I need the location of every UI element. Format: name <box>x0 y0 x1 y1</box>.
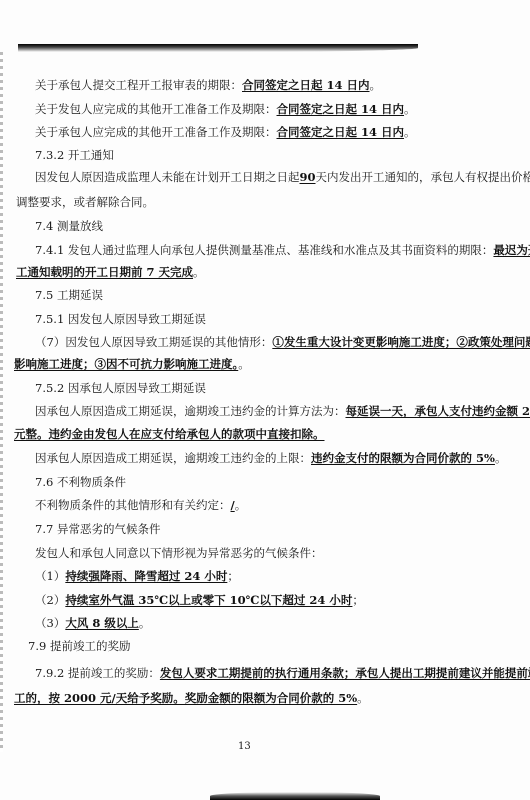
filled-value: 合同签定之日起 14 日内 <box>277 102 405 116</box>
document-page: 关于承包人提交工程开工报审表的期限：合同签定之日起 14 日内。关于发包人应完成… <box>0 0 530 800</box>
document-line: 关于发包人应完成的其他开工准备工作及期限：合同签定之日起 14 日内。 <box>35 101 416 117</box>
line-label: 7.5 工期延误 <box>35 288 103 302</box>
document-line: （1）持续强降雨、降雪超过 24 小时； <box>35 568 239 584</box>
document-line: 工通知载明的开工日期前 7 天完成。 <box>16 264 205 280</box>
filled-value: 大风 8 级以上 <box>65 616 139 630</box>
line-end: 。 <box>139 616 151 630</box>
line-label: 7.5.2 因承包人原因导致工期延误 <box>35 381 206 395</box>
document-line: 7.4 测量放线 <box>35 218 103 234</box>
line-end: 。 <box>357 691 369 705</box>
filled-value: 每延误一天，承包人支付违约金额 2000 <box>346 404 530 418</box>
line-label: 7.3.2 开工通知 <box>35 148 114 162</box>
line-end: ； <box>227 569 239 583</box>
line-label: 关于发包人应完成的其他开工准备工作及期限： <box>35 102 277 116</box>
document-line: 不利物质条件的其他情形和有关约定：/。 <box>35 497 246 513</box>
line-label: 调整要求，或者解除合同。 <box>16 195 154 209</box>
line-label: 关于承包人提交工程开工报审表的期限： <box>35 78 242 92</box>
line-end: 。 <box>235 498 247 512</box>
line-label: 7.7 异常恶劣的气候条件 <box>35 522 160 536</box>
filled-value: 元整。违约金由发包人在应支付给承包人的款项中直接扣除。 <box>14 427 325 441</box>
document-line: 关于承包人应完成的其他开工准备工作及期限：合同签定之日起 14 日内。 <box>35 124 416 140</box>
line-end: 。 <box>193 265 205 279</box>
document-line: 7.4.1 发包人通过监理人向承包人提供测量基准点、基准线和水准点及其书面资料的… <box>35 242 530 258</box>
document-line: 因发包人原因造成监理人未能在计划开工日期之日起90天内发出开工通知的，承包人有权… <box>35 169 530 185</box>
line-label: 因承包人原因造成工期延误，逾期竣工违约金的上限： <box>35 451 311 465</box>
filled-value: 合同签定之日起 14 日内 <box>277 125 405 139</box>
document-line: 7.5 工期延误 <box>35 287 103 303</box>
line-label: 7.9 提前竣工的奖励 <box>28 639 130 653</box>
document-line: （2）持续室外气温 35℃以上或零下 10℃以下超过 24 小时； <box>35 592 364 608</box>
filled-value: 最迟为开 <box>493 243 530 257</box>
scan-shadow-top <box>18 44 418 52</box>
document-line: （3）大风 8 级以上。 <box>35 615 150 631</box>
line-label: 发包人和承包人同意以下情形视为异常恶劣的气候条件： <box>35 546 323 560</box>
document-line: 7.6 不利物质条件 <box>35 474 126 490</box>
document-line: 7.7 异常恶劣的气候条件 <box>35 521 160 537</box>
line-label: 因发包人原因造成监理人未能在计划开工日期之日起 <box>35 170 300 184</box>
document-line: （7）因发包人原因导致工期延误的其他情形：①发生重大设计变更影响施工进度；②政策… <box>35 334 530 350</box>
scan-edge-left <box>0 52 3 752</box>
document-line: 因承包人原因造成工期延误，逾期竣工违约金的上限：违约金支付的限额为合同价款的 5… <box>35 450 506 466</box>
line-label: 7.9.2 提前竣工的奖励： <box>35 666 160 680</box>
line-end: 。 <box>404 125 416 139</box>
filled-value: 持续室外气温 35℃以上或零下 10℃以下超过 24 小时 <box>65 593 352 607</box>
line-label: （3） <box>35 616 65 630</box>
document-line: 7.5.1 因发包人原因导致工期延误 <box>35 311 206 327</box>
line-end: 。 <box>404 102 416 116</box>
line-end: 。 <box>495 451 507 465</box>
line-label: 因承包人原因造成工期延误，逾期竣工违约金的计算方法为： <box>35 404 346 418</box>
line-label: 7.4.1 发包人通过监理人向承包人提供测量基准点、基准线和水准点及其书面资料的… <box>35 243 493 257</box>
document-line: 调整要求，或者解除合同。 <box>16 194 154 210</box>
document-line: 发包人和承包人同意以下情形视为异常恶劣的气候条件： <box>35 545 323 561</box>
line-end: 天内发出开工通知的，承包人有权提出价格 <box>316 170 530 184</box>
document-line: 7.9 提前竣工的奖励 <box>28 638 130 654</box>
page-number: 13 <box>238 741 251 752</box>
line-label: （1） <box>35 569 65 583</box>
line-label: 7.5.1 因发包人原因导致工期延误 <box>35 312 206 326</box>
line-label: 关于承包人应完成的其他开工准备工作及期限： <box>35 125 277 139</box>
filled-value: 工的，按 2000 元/天给予奖励。奖励金额的限额为合同价款的 5% <box>14 691 357 705</box>
filled-value: 发包人要求工期提前的执行通用条款；承包人提出工期提前建议并能提前竣 <box>160 666 530 680</box>
filled-value: 违约金支付的限额为合同价款的 5% <box>311 451 495 465</box>
line-label: 不利物质条件的其他情形和有关约定： <box>35 498 231 512</box>
document-line: 工的，按 2000 元/天给予奖励。奖励金额的限额为合同价款的 5%。 <box>14 690 369 706</box>
line-end: 。 <box>370 78 382 92</box>
document-line: 影响施工进度；③因不可抗力影响施工进度。。 <box>14 356 250 372</box>
scan-shadow-bottom <box>210 792 380 800</box>
document-line: 元整。违约金由发包人在应支付给承包人的款项中直接扣除。 <box>14 426 325 442</box>
filled-value: 影响施工进度；③因不可抗力影响施工进度。 <box>14 357 238 371</box>
document-line: 7.9.2 提前竣工的奖励：发包人要求工期提前的执行通用条款；承包人提出工期提前… <box>35 665 530 681</box>
line-label: （7）因发包人原因导致工期延误的其他情形： <box>35 335 272 349</box>
filled-value: ①发生重大设计变更影响施工进度；②政策处理问题 <box>272 335 530 349</box>
document-line: 关于承包人提交工程开工报审表的期限：合同签定之日起 14 日内。 <box>35 77 381 93</box>
line-label: 7.4 测量放线 <box>35 219 103 233</box>
line-end: ； <box>352 593 364 607</box>
line-end: 。 <box>238 357 250 371</box>
document-line: 7.3.2 开工通知 <box>35 147 114 163</box>
filled-value: 工通知载明的开工日期前 7 天完成 <box>16 265 193 279</box>
document-line: 因承包人原因造成工期延误，逾期竣工违约金的计算方法为：每延误一天，承包人支付违约… <box>35 403 530 419</box>
filled-value: 合同签定之日起 14 日内 <box>242 78 370 92</box>
filled-value: 持续强降雨、降雪超过 24 小时 <box>65 569 227 583</box>
line-label: 7.6 不利物质条件 <box>35 475 126 489</box>
filled-value: 90 <box>300 170 316 184</box>
line-label: （2） <box>35 593 65 607</box>
document-line: 7.5.2 因承包人原因导致工期延误 <box>35 380 206 396</box>
